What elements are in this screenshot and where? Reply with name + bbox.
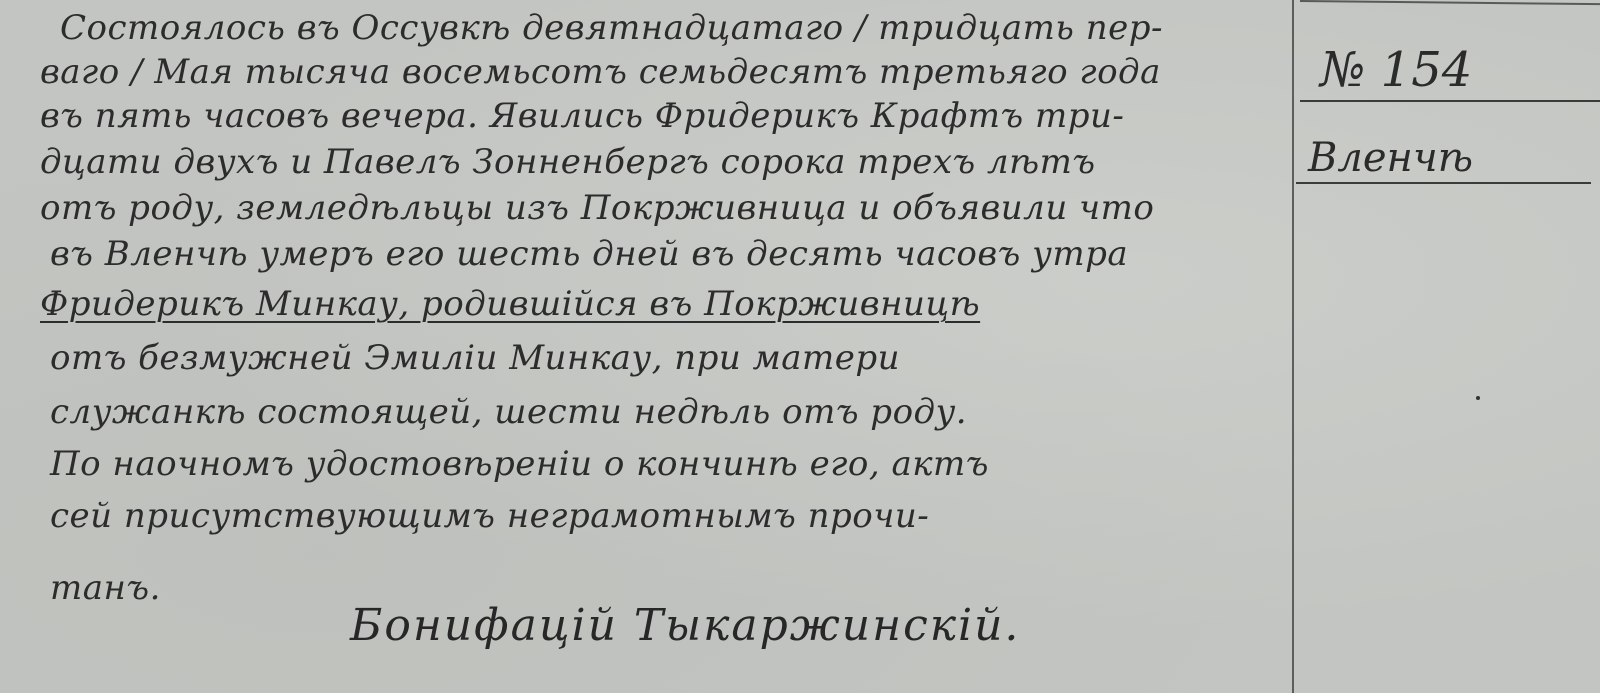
signature: Бонифацій Тыкаржинскій.: [350, 600, 1020, 651]
text-line-7-deceased-name: Фридерикъ Минкау, родившійся въ Покрживн…: [40, 284, 980, 324]
record-number-underline: [1300, 100, 1600, 102]
text-line-6: въ Вленчѣ умеръ его шесть дней въ десять…: [50, 234, 1128, 274]
record-place: Вленчѣ: [1308, 135, 1473, 181]
text-line-8: отъ безмужней Эмиліи Минкау, при матери: [50, 338, 900, 378]
text-line-3: въ пять часовъ вечера. Явились Фридерикъ…: [40, 96, 1124, 136]
record-place-underline: [1296, 182, 1591, 184]
text-line-11: сей присутствующимъ неграмотнымъ прочи-: [50, 496, 929, 536]
text-line-10: По наочномъ удостовѣреніи о кончинѣ его,…: [50, 444, 989, 484]
record-number: № 154: [1320, 42, 1472, 98]
ink-speck: [1476, 396, 1480, 400]
margin-column: № 154 Вленчѣ: [1300, 0, 1600, 693]
text-line-12: танъ.: [50, 568, 161, 608]
column-divider: [1292, 0, 1294, 693]
document-page: Состоялось въ Оссувкѣ девятнадцатаго / т…: [0, 0, 1600, 693]
text-line-5: отъ роду, земледѣльцы изъ Покрживница и …: [40, 188, 1154, 228]
text-line-2: ваго / Мая тысяча восемьсотъ семьдесятъ …: [40, 52, 1161, 92]
text-line-4: дцати двухъ и Павелъ Зонненбергъ сорока …: [40, 142, 1096, 182]
text-line-1: Состоялось въ Оссувкѣ девятнадцатаго / т…: [60, 8, 1163, 48]
text-line-9: служанкѣ состоящей, шести недѣль отъ род…: [50, 392, 967, 432]
